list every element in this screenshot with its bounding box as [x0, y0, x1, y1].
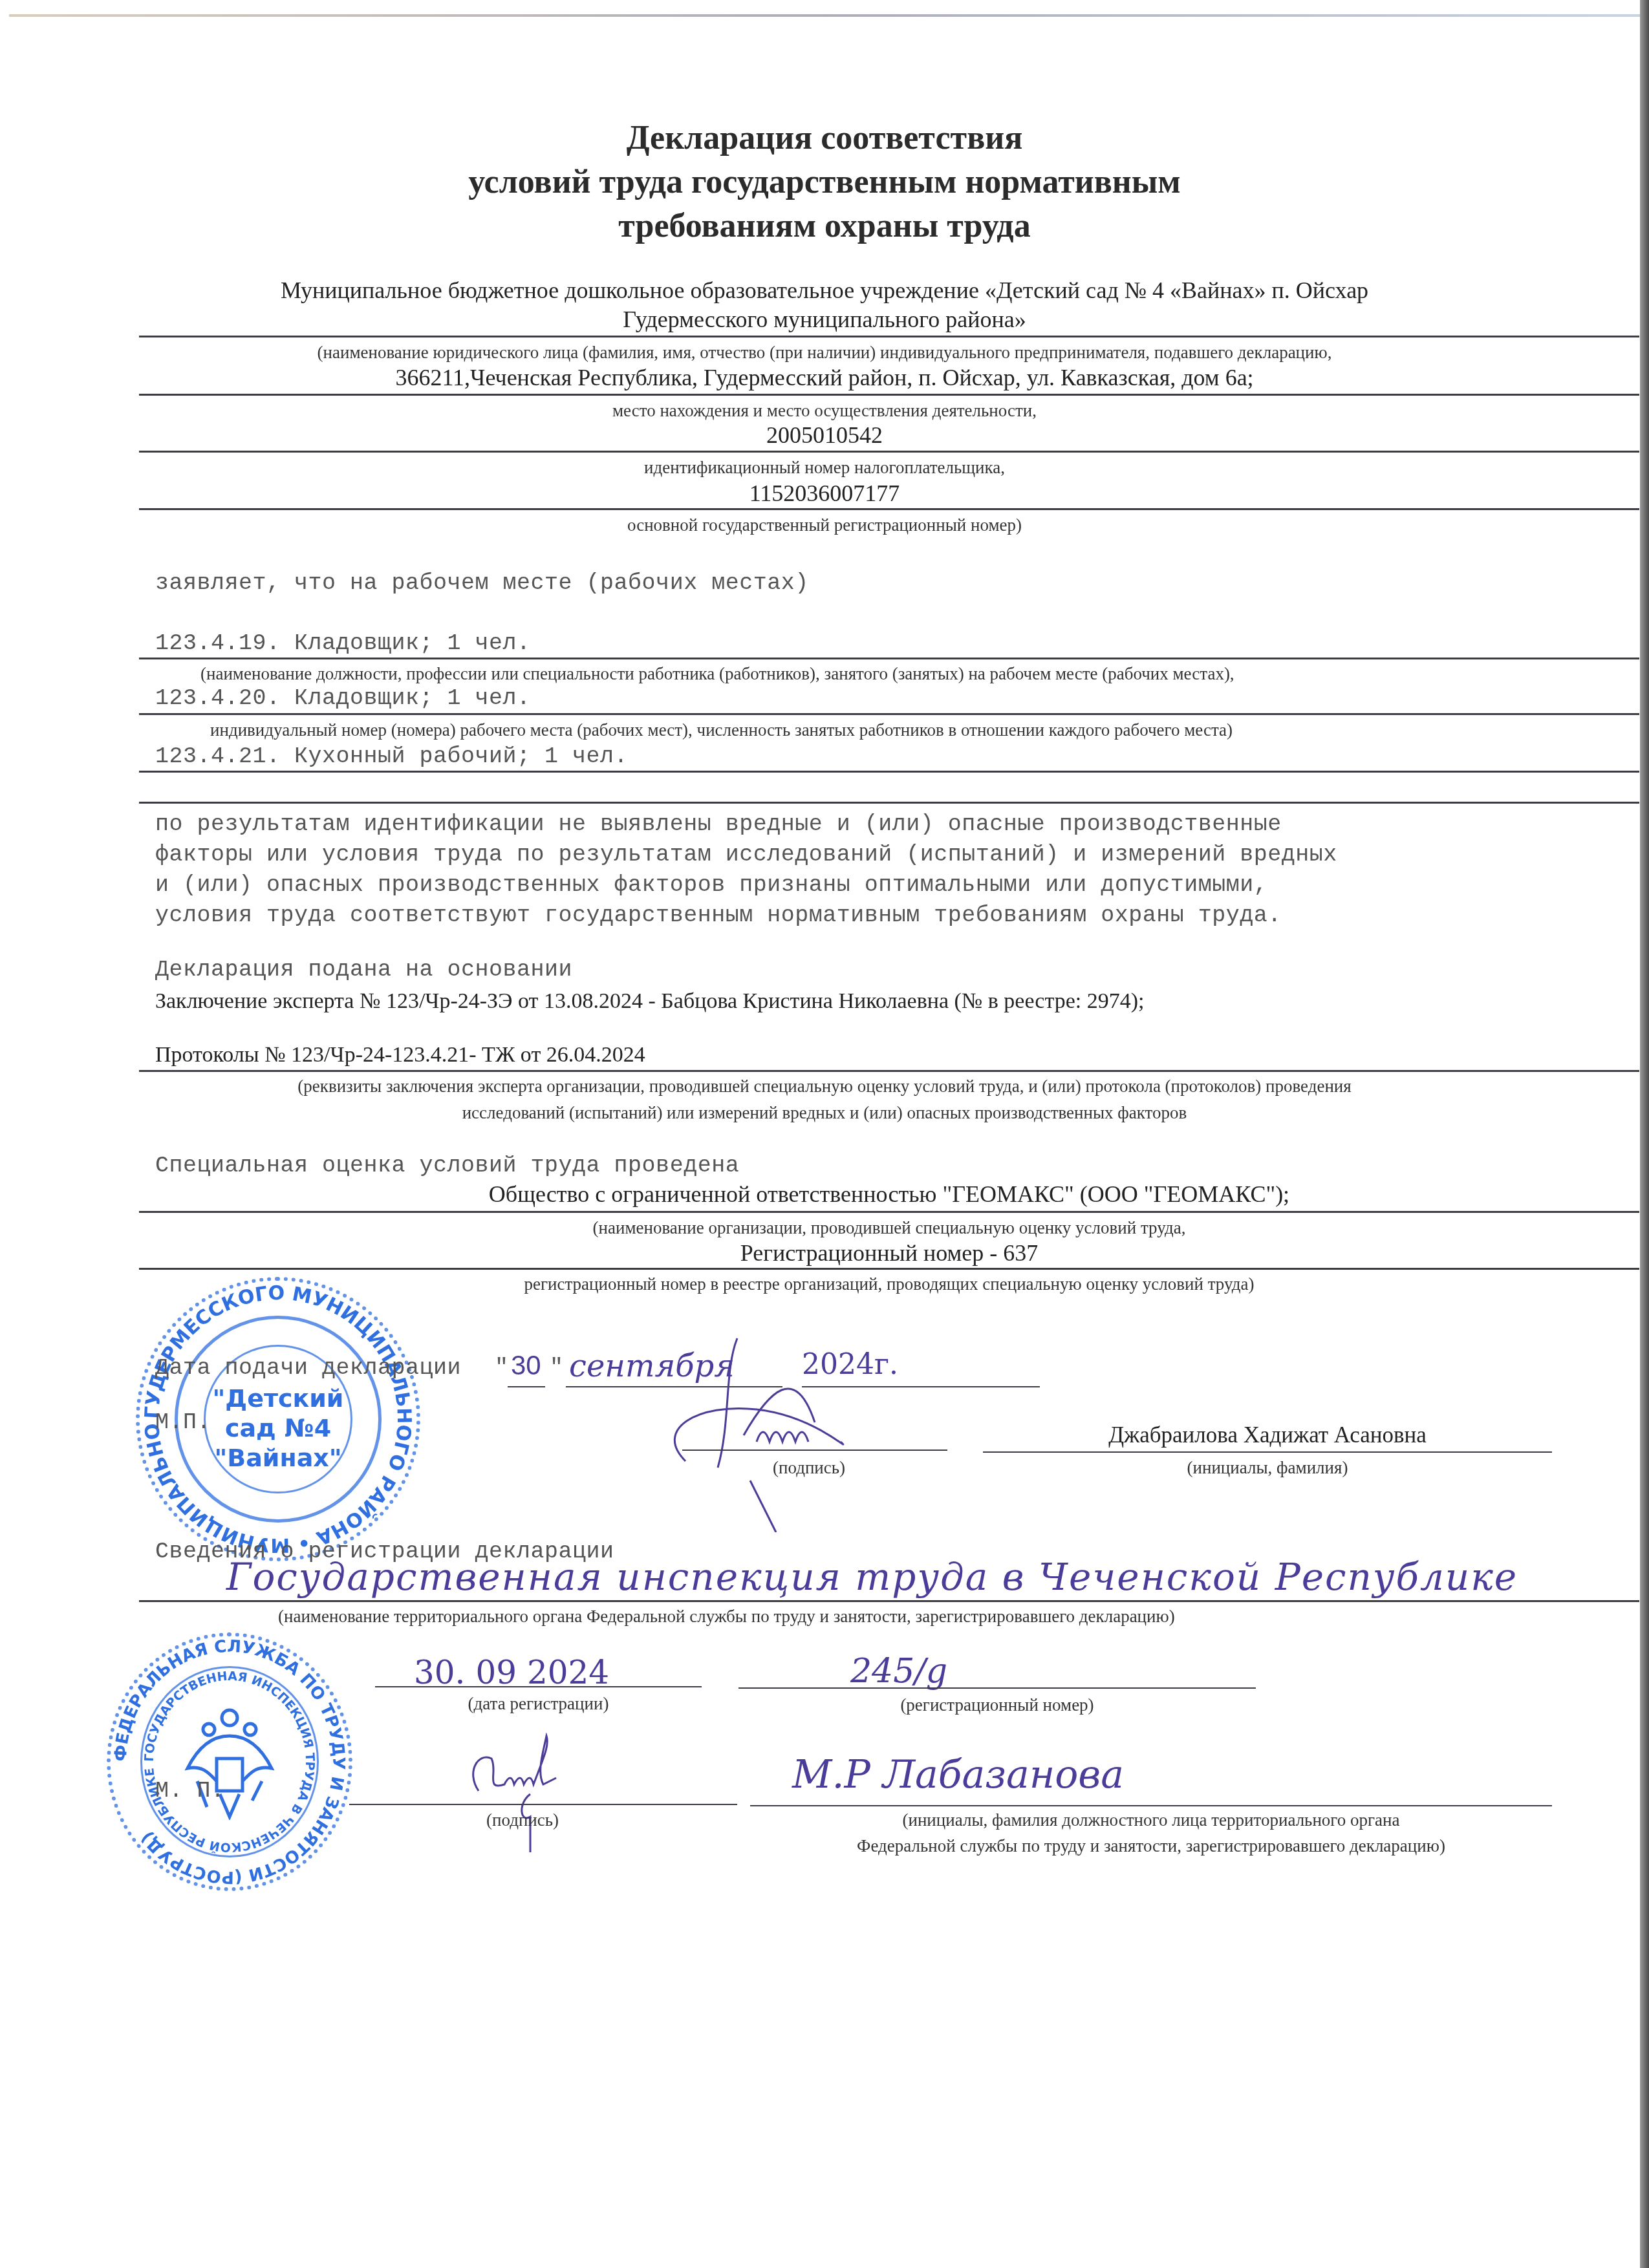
conclusion-line-1: по результатам идентификации не выявлены… [155, 811, 1282, 837]
ogrn-underline [139, 508, 1639, 510]
expert-conclusion: Заключение эксперта № 123/Чр-24-ЗЭ от 13… [155, 989, 1145, 1014]
registration-stamp-place-label: М. П. [155, 1778, 225, 1804]
address-caption: место нахождения и место осуществления д… [139, 401, 1510, 421]
registration-number-caption: (регистрационный номер) [738, 1695, 1256, 1715]
declarant-signature [647, 1325, 918, 1532]
labor-inspection-stamp: ФЕДЕРАЛЬНАЯ СЛУЖБА ПО ТРУДУ И ЗАНЯТОСТИ … [107, 1632, 352, 1891]
address-underline [139, 394, 1639, 396]
organization-ogrn: 1152036007177 [139, 480, 1510, 507]
ogrn-caption: основной государственный регистрационный… [139, 515, 1510, 535]
organization-name-caption: (наименование юридического лица (фамилия… [139, 343, 1510, 363]
protocols: Протоколы № 123/Чр-24-123.4.21- ТЖ от 26… [155, 1043, 645, 1067]
inn-underline [139, 451, 1639, 453]
workplace-underline [139, 713, 1639, 715]
assessment-heading: Специальная оценка условий труда проведе… [155, 1153, 739, 1179]
registration-date-underline [375, 1686, 702, 1687]
official-signature-caption: (подпись) [486, 1810, 559, 1830]
registration-date-caption: (дата регистрации) [375, 1694, 702, 1714]
signature-caption: (подпись) [773, 1458, 845, 1478]
workplace-underline-blank [139, 802, 1639, 804]
assessment-org-name: Общество с ограниченной ответственностью… [139, 1181, 1639, 1208]
declares-intro: заявляет, что на рабочем месте (рабочих … [155, 570, 809, 596]
title-line-2: условий труда государственным нормативны… [0, 166, 1649, 199]
organization-name-line-1: Муниципальное бюджетное дошкольное образ… [139, 277, 1510, 304]
organization-address: 366211,Чеченская Республика, Гудермесски… [139, 364, 1510, 391]
assessment-org-underline [139, 1211, 1639, 1213]
registration-number-underline [738, 1687, 1256, 1689]
official-caption-line-2: Федеральной службы по труду и занятости,… [750, 1836, 1552, 1856]
organization-name-line-2: Гудермесского муниципального района» [139, 306, 1510, 333]
basis-caption-line-1: (реквизиты заключения эксперта организац… [139, 1076, 1510, 1097]
day-underline [508, 1386, 545, 1387]
assessment-reg-underline [139, 1268, 1639, 1270]
basis-underline [139, 1070, 1639, 1072]
workplace-caption-1: (наименование должности, профессии или с… [200, 664, 1234, 684]
basis-caption-line-2: исследований (испытаний) или измерений в… [139, 1103, 1510, 1123]
conclusion-line-4: условия труда соответствуют государствен… [155, 903, 1282, 928]
authority-caption: (наименование территориального органа Фе… [278, 1607, 1175, 1627]
signer-name-underline [983, 1451, 1552, 1453]
conclusion-line-2: факторы или условия труда по результатам… [155, 842, 1337, 868]
stamp-place-label: М.П. [155, 1409, 211, 1435]
signature-underline [682, 1450, 947, 1451]
workplace-caption-2: индивидуальный номер (номера) рабочего м… [210, 720, 1233, 740]
declaration-page: Декларация соответствия условий труда го… [0, 0, 1649, 2268]
title-line-3: требованиям охраны труда [0, 209, 1649, 243]
title-line-1: Декларация соответствия [0, 122, 1649, 155]
submission-date-label: Дата подачи декларации [155, 1355, 461, 1381]
official-signature [466, 1733, 634, 1862]
assessment-reg-number: Регистрационный номер - 637 [139, 1239, 1639, 1267]
conclusion-line-3: и (или) опасных производственных факторо… [155, 872, 1267, 898]
workplace-underline [139, 658, 1639, 659]
workplace-item: 123.4.19. Кладовщик; 1 чел. [155, 630, 531, 656]
scan-top-edge [9, 14, 1645, 17]
assessment-org-caption: (наименование организации, проводившей с… [139, 1218, 1639, 1238]
basis-heading: Декларация подана на основании [155, 957, 572, 983]
official-name: М.Р Лабазанова [792, 1752, 1124, 1797]
workplace-item: 123.4.21. Кухонный рабочий; 1 чел. [155, 744, 628, 769]
organization-inn: 2005010542 [139, 422, 1510, 449]
official-name-underline [750, 1805, 1552, 1806]
submission-day: 30 [511, 1350, 541, 1381]
authority-underline [139, 1600, 1639, 1602]
signer-caption: (инициалы, фамилия) [983, 1458, 1552, 1478]
inn-caption: идентификационный номер налогоплательщик… [139, 458, 1510, 478]
signer-name: Джабраилова Хадижат Асановна [983, 1422, 1552, 1448]
quote-open: " [495, 1355, 509, 1381]
registration-authority: Государственная инспекция труда в Чеченс… [226, 1555, 1518, 1599]
quote-close: " [550, 1355, 564, 1381]
official-signature-underline [349, 1804, 737, 1805]
registration-number: 245/g [850, 1652, 947, 1691]
official-caption-line-1: (инициалы, фамилия должностного лица тер… [750, 1810, 1552, 1830]
scan-right-edge [1640, 0, 1649, 2268]
organization-name-underline [139, 336, 1639, 337]
workplace-item: 123.4.20. Кладовщик; 1 чел. [155, 685, 531, 711]
workplace-underline [139, 771, 1639, 773]
